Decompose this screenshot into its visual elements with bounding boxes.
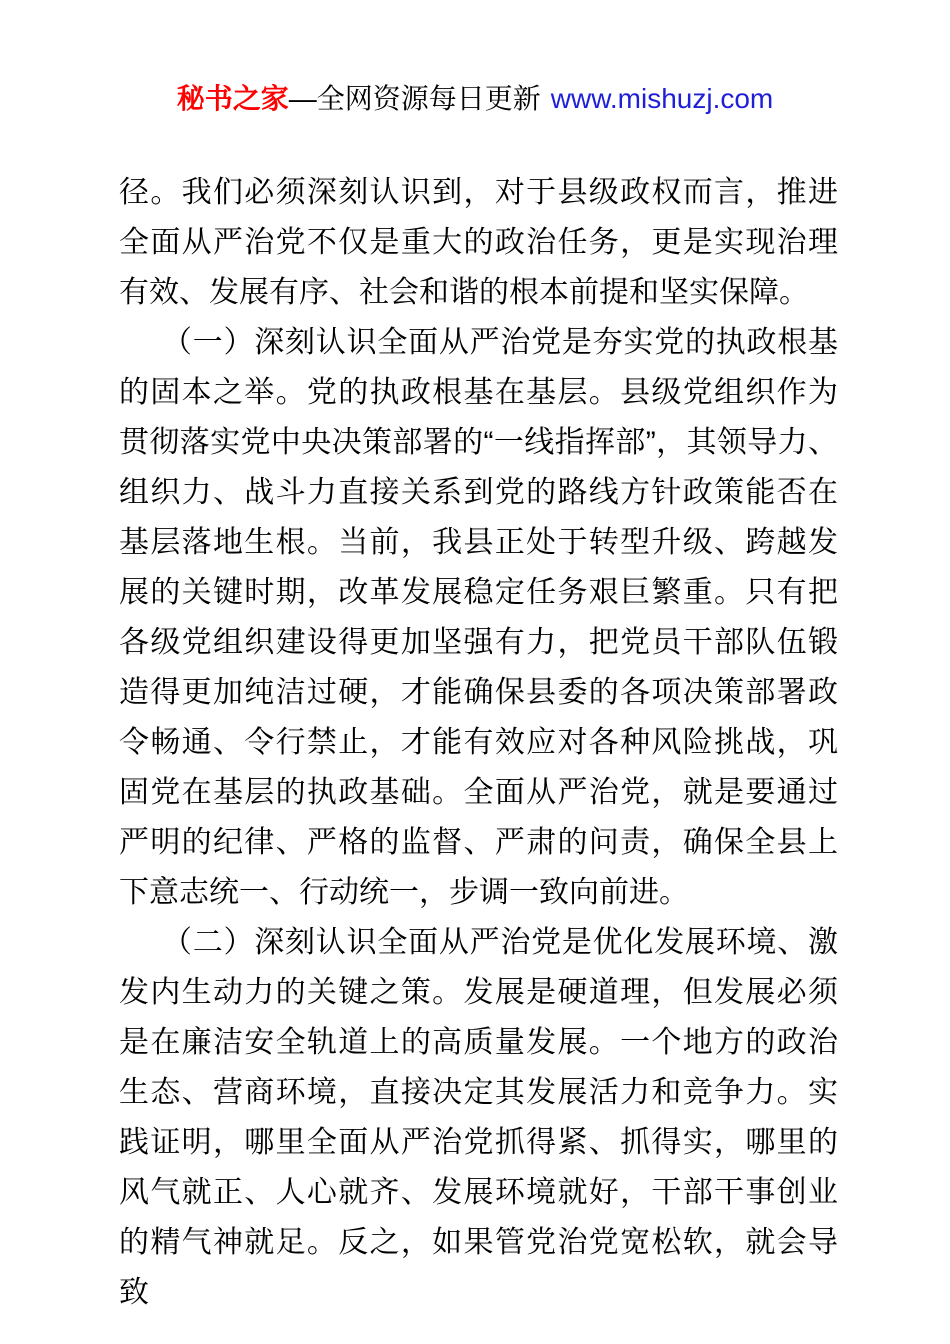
document-body: 径。我们必须深刻认识到，对于县级政权而言，推进全面从严治党不仅是重大的政治任务，… (119, 168, 838, 1318)
paragraph-section-2: （二）深刻认识全面从严治党是优化发展环境、激发内生动力的关键之策。发展是硬道理，… (119, 918, 838, 1318)
site-url-link[interactable]: www.mishuzj.com (551, 83, 773, 114)
paragraph-section-1: （一）深刻认识全面从严治党是夯实党的执政根基的固本之举。党的执政根基在基层。县级… (119, 318, 838, 918)
site-tagline: —全网资源每日更新 (289, 83, 541, 114)
paragraph-continuation: 径。我们必须深刻认识到，对于县级政权而言，推进全面从严治党不仅是重大的政治任务，… (119, 168, 838, 318)
site-name: 秘书之家 (177, 83, 289, 114)
header-banner: 秘书之家—全网资源每日更新www.mishuzj.com (0, 0, 950, 118)
document-page: 秘书之家—全网资源每日更新www.mishuzj.com 径。我们必须深刻认识到… (0, 0, 950, 1344)
